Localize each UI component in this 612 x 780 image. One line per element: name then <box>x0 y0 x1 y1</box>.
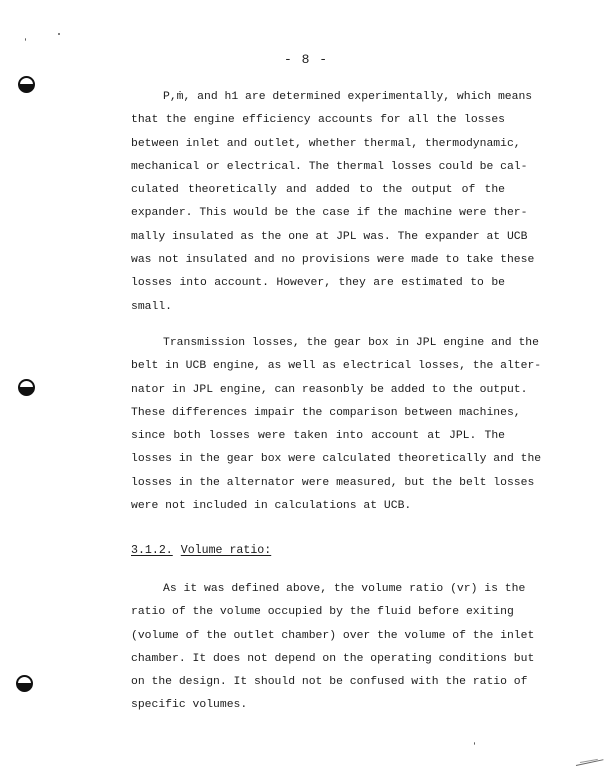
text-line: specific volumes. <box>131 694 505 717</box>
section-number: 3.1.2. <box>131 544 173 557</box>
text-line: that the engine efficiency accounts for … <box>131 109 505 132</box>
text-line: between inlet and outlet, whether therma… <box>131 133 505 156</box>
text-line: expander. This would be the case if the … <box>131 202 505 225</box>
text-line: mally insulated as the one at JPL was. T… <box>131 226 505 249</box>
text-line: losses into account. However, they are e… <box>131 272 505 295</box>
page-number: - 8 - <box>0 52 612 67</box>
text-line: culated theoretically and added to the o… <box>131 179 505 202</box>
text-line: Transmission losses, the gear box in JPL… <box>131 332 505 355</box>
text-line: since both losses were taken into accoun… <box>131 425 505 448</box>
text-line: (volume of the outlet chamber) over the … <box>131 625 505 648</box>
section-heading: 3.1.2.Volume ratio: <box>131 544 271 557</box>
text-line: P,ṁ, and h1 are determined experimentall… <box>131 86 505 109</box>
punch-hole-bottom <box>16 675 33 692</box>
scan-speck <box>474 742 475 745</box>
text-line: nator in JPL engine, can reasonbly be ad… <box>131 379 505 402</box>
scan-speck <box>25 38 26 41</box>
text-line: losses in the alternator were measured, … <box>131 472 505 495</box>
paragraph-transmission-losses: Transmission losses, the gear box in JPL… <box>131 332 505 518</box>
punch-hole-top <box>18 76 35 93</box>
text-line: losses in the gear box were calculated t… <box>131 448 505 471</box>
text-line: ratio of the volume occupied by the flui… <box>131 601 505 624</box>
paragraph-volume-ratio: As it was defined above, the volume rati… <box>131 578 505 718</box>
text-line: were not included in calculations at UCB… <box>131 495 505 518</box>
section-title: Volume ratio: <box>181 544 271 557</box>
paragraph-efficiency-losses: P,ṁ, and h1 are determined experimentall… <box>131 86 505 319</box>
text-line: mechanical or electrical. The thermal lo… <box>131 156 505 179</box>
text-line: on the design. It should not be confused… <box>131 671 505 694</box>
punch-hole-middle <box>18 379 35 396</box>
text-line: As it was defined above, the volume rati… <box>131 578 505 601</box>
text-line: chamber. It does not depend on the opera… <box>131 648 505 671</box>
document-page: - 8 - P,ṁ, and h1 are determined experim… <box>0 0 612 780</box>
text-line: small. <box>131 296 505 319</box>
text-line: These differences impair the comparison … <box>131 402 505 425</box>
text-line: was not insulated and no provisions were… <box>131 249 505 272</box>
scan-speck <box>58 33 60 35</box>
text-line: belt in UCB engine, as well as electrica… <box>131 355 505 378</box>
